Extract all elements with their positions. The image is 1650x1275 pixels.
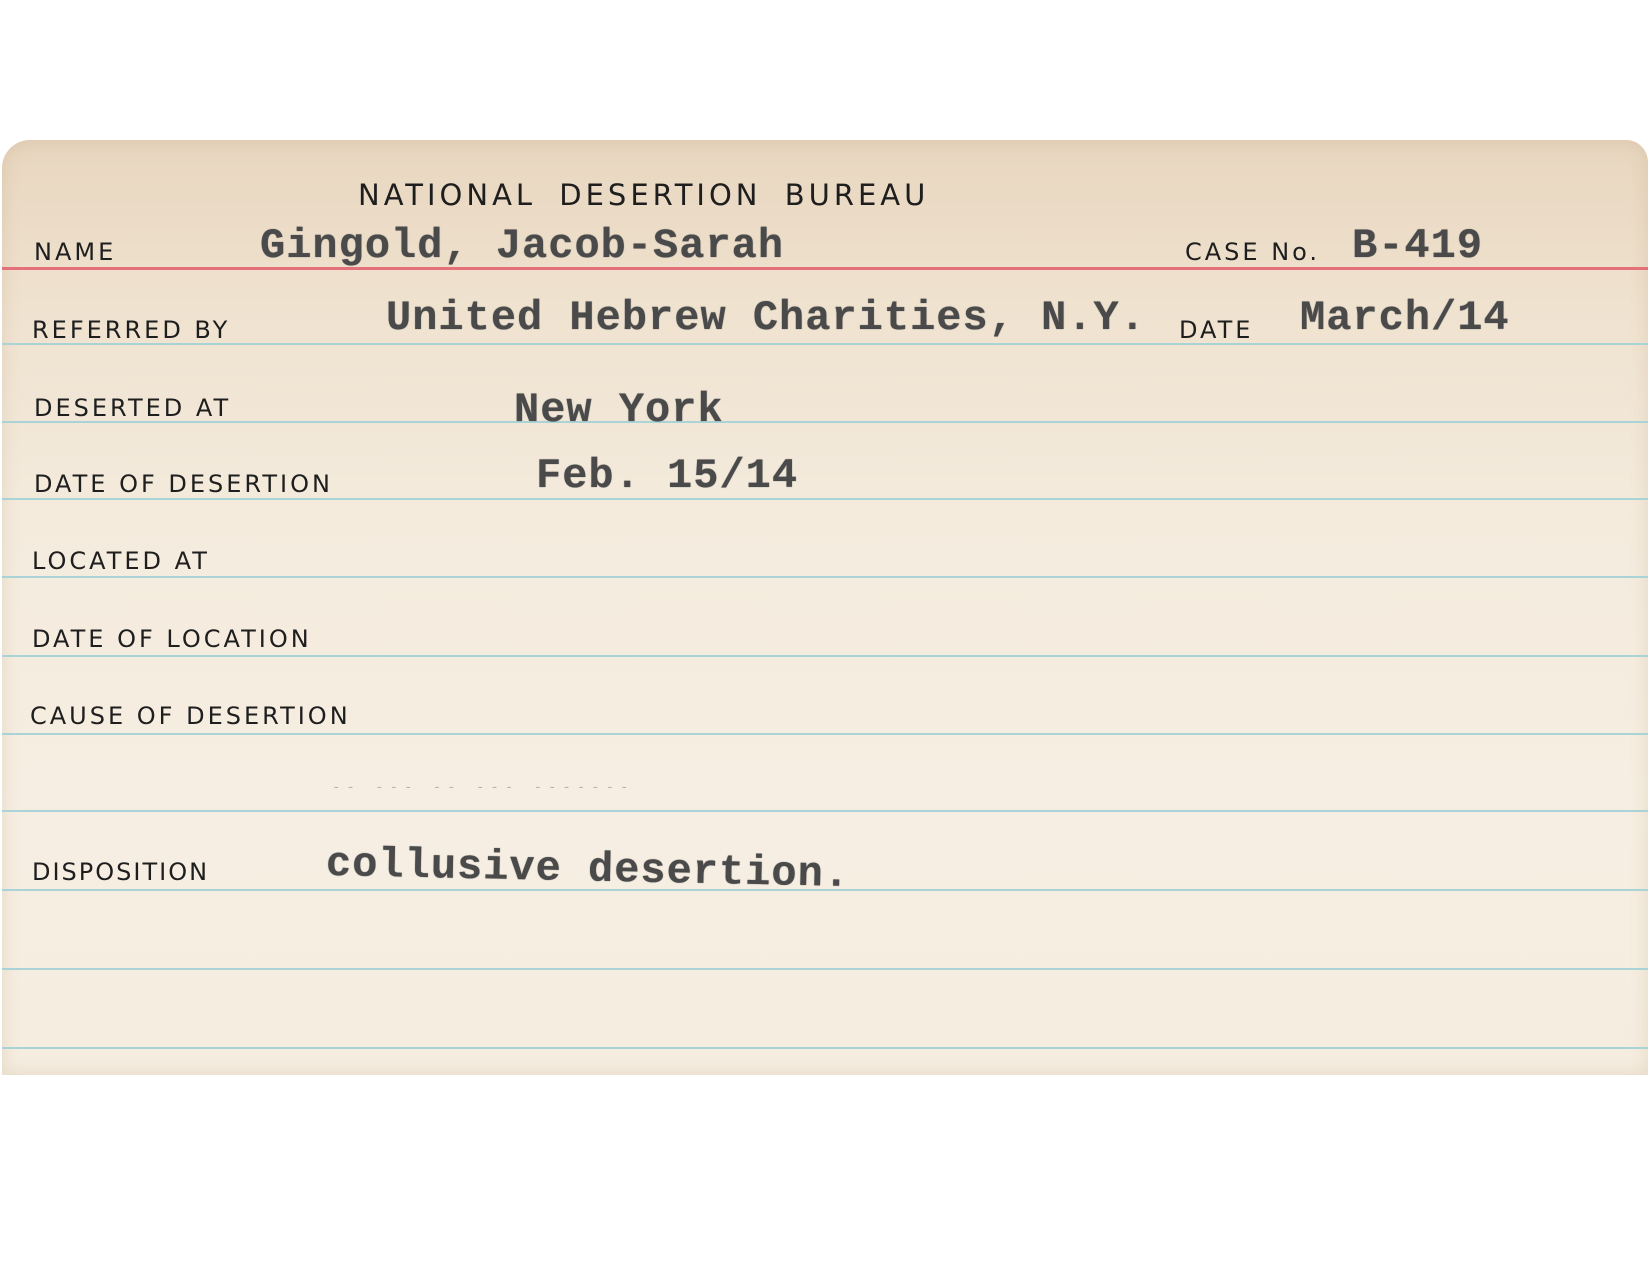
blue-rule-line <box>2 810 1648 812</box>
name-value: Gingold, Jacob-Sarah <box>260 222 784 270</box>
card-heading: NATIONAL DESERTION BUREAU <box>358 178 929 212</box>
located-at-label: LOCATED AT <box>32 547 210 575</box>
case-no-label: CASE No. <box>1185 238 1320 266</box>
date-of-desertion-value: Feb. 15/14 <box>536 452 798 500</box>
referred-by-value: United Hebrew Charities, N.Y. <box>386 294 1146 342</box>
date-value: March/14 <box>1300 294 1510 342</box>
blue-rule-line <box>2 498 1648 500</box>
date-of-location-label: DATE OF LOCATION <box>32 625 312 653</box>
blue-rule-line <box>2 968 1648 970</box>
index-card: NATIONAL DESERTION BUREAU NAME Gingold, … <box>2 140 1648 1075</box>
blue-rule-line <box>2 733 1648 735</box>
erased-typed-text: -- --- -- --- ------- <box>332 780 634 796</box>
blue-rule-line <box>2 343 1648 345</box>
referred-by-label: REFERRED BY <box>32 316 230 344</box>
blue-rule-line <box>2 421 1648 423</box>
blue-rule-line <box>2 655 1648 657</box>
blue-rule-line <box>2 1047 1648 1049</box>
deserted-at-value: New York <box>514 386 724 434</box>
date-label: DATE <box>1179 316 1253 344</box>
date-of-desertion-label: DATE OF DESERTION <box>34 470 333 498</box>
name-label: NAME <box>34 238 116 266</box>
blue-rule-line <box>2 576 1648 578</box>
cause-of-desertion-label: CAUSE OF DESERTION <box>30 702 351 730</box>
disposition-label: DISPOSITION <box>32 858 209 886</box>
deserted-at-label: DESERTED AT <box>34 394 231 422</box>
case-no-value: B-419 <box>1352 222 1483 270</box>
